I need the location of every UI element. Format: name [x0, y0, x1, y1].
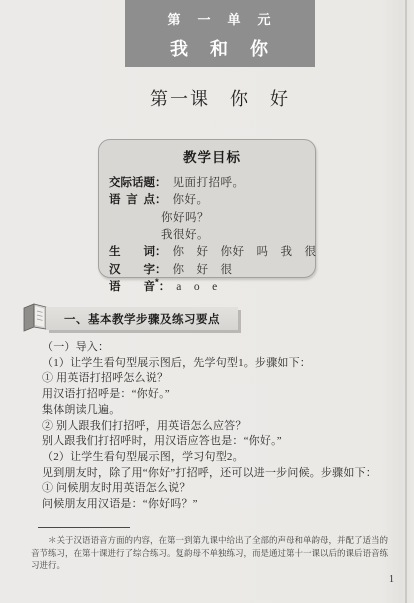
objective-label: 语音*：: [109, 281, 170, 293]
objective-content: a o e: [176, 281, 217, 293]
body-line: 用汉语打招呼是：“你好。”: [42, 387, 392, 403]
body-line: ① 问候朋友时用英语怎么说？: [42, 481, 392, 497]
unit-number: 第 一 单 元: [125, 9, 315, 28]
footnote-line: 习进行。: [31, 559, 391, 572]
body-line: （1）让学生看句型展示图后，先学句型1。步骤如下：: [42, 356, 392, 372]
body-line: ② 别人跟我们打招呼，用英语怎么应答？: [42, 419, 392, 435]
unit-title: 我 和 你: [125, 35, 315, 61]
footnote: ＊关于汉语语音方面的内容，在第一到第九课中给出了全部的声母和单韵母，并配了适当的…: [31, 534, 391, 572]
book-icon: [22, 303, 49, 332]
body-line: ① 用英语打招呼怎么说？: [42, 371, 392, 387]
unit-header-box: 第 一 单 元 我 和 你: [125, 0, 315, 67]
footnote-divider: [38, 527, 130, 528]
lesson-title: 第一课 你 好: [110, 85, 330, 111]
body-line: 见到朋友时，除了用“你好”打招呼，还可以进一步问候。步骤如下：: [42, 466, 392, 482]
body-line: 别人跟我们打招呼时，用汉语应答也是：“你好。”: [42, 434, 392, 450]
objective-row: 语言点：你好。: [109, 187, 315, 204]
textbook-page: 第 一 单 元 我 和 你 第一课 你 好 教学目标 交际话题：见面打招呼。 语…: [0, 0, 414, 603]
body-text: （一）导入： （1）让学生看句型展示图后，先学句型1。步骤如下： ① 用英语打招…: [42, 340, 392, 513]
page-edge-shadow: [405, 0, 407, 603]
body-line: 集体朗读几遍。: [42, 403, 392, 419]
objectives-title: 教学目标: [109, 146, 315, 166]
footnote-line: ＊关于汉语语音方面的内容，在第一到第九课中给出了全部的声母和单韵母，并配了适当的: [31, 534, 391, 547]
objective-row: 我很好。: [109, 222, 315, 239]
objective-row: 生词：你 好 你好 吗 我 很: [109, 240, 315, 257]
page-number: 1: [389, 574, 394, 585]
body-line: （一）导入：: [42, 340, 392, 356]
body-line: 问候朋友用汉语是：“你好吗？”: [42, 497, 392, 513]
objective-row: 你好吗？: [109, 205, 315, 222]
body-line: （2）让学生看句型展示图，学习句型2。: [42, 450, 392, 466]
objective-row: 汉字：你 好 很: [109, 257, 315, 274]
objective-row: 语音*：a o e: [109, 274, 315, 291]
section-header-bar: 一、基本教学步骤及练习要点: [46, 307, 238, 330]
objective-row: 交际话题：见面打招呼。: [109, 170, 315, 187]
section-header-label: 一、基本教学步骤及练习要点: [64, 311, 220, 327]
footnote-line: 音节练习，在第十课进行了综合练习。复韵母不单独练习，而是通过第十一课以后的课后语…: [31, 547, 391, 560]
objectives-box: 教学目标 交际话题：见面打招呼。 语言点：你好。 你好吗？ 我很好。 生词：你 …: [98, 139, 316, 278]
